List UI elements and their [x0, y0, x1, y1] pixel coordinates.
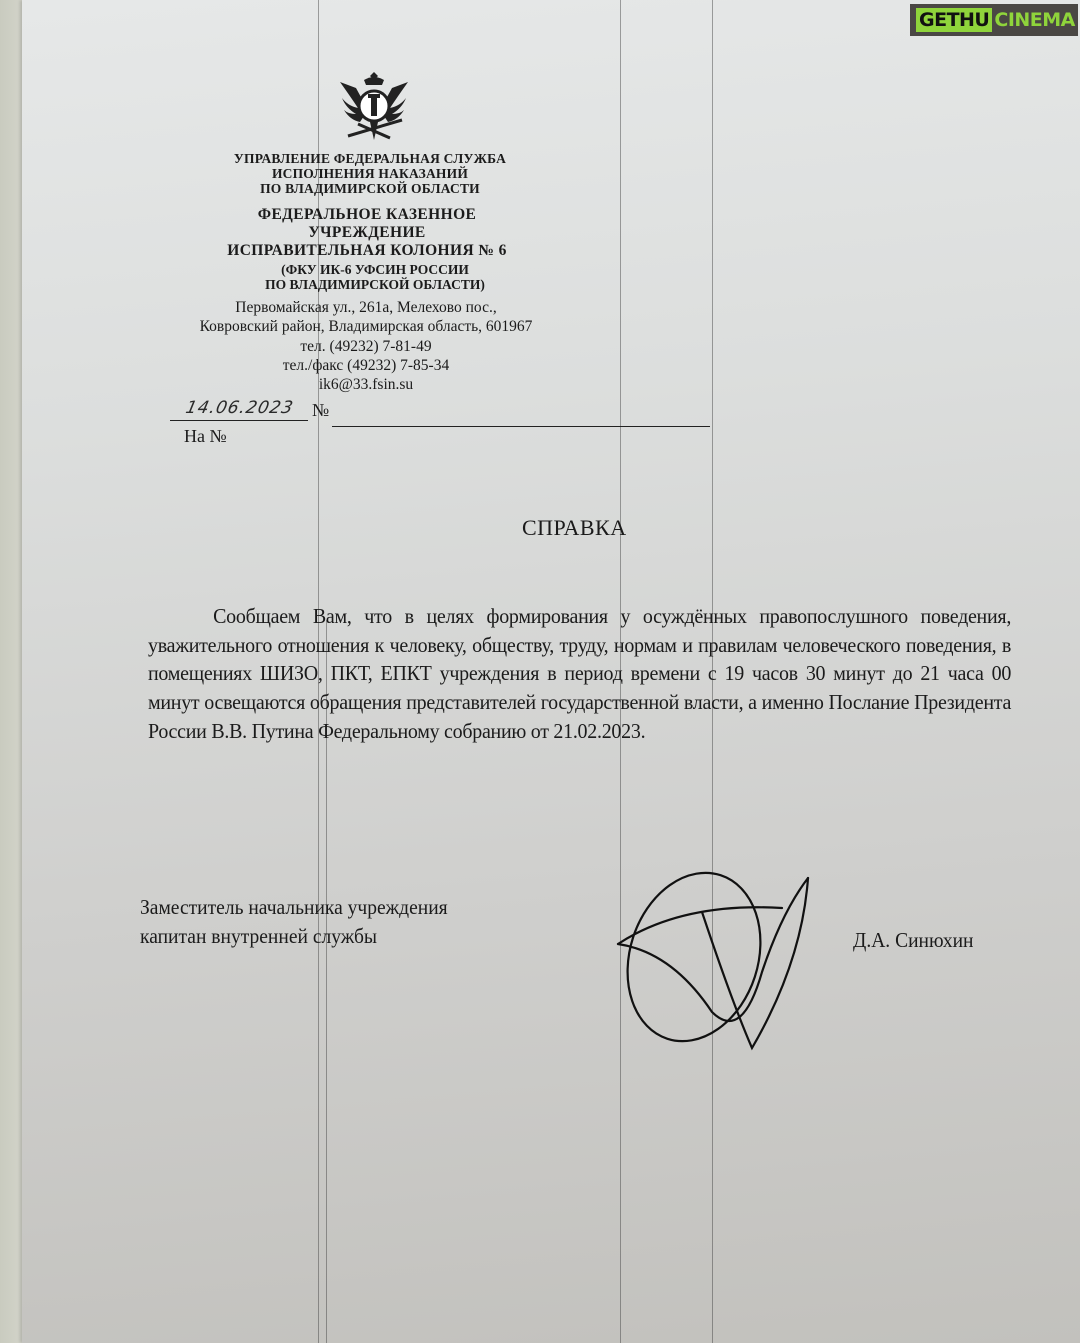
number-sign: № — [312, 400, 329, 421]
reply-to-reference: На № — [184, 426, 227, 447]
signer-name: Д.А. Синюхин — [853, 928, 974, 953]
document-title: СПРАВКА — [522, 515, 627, 541]
gethucinema-watermark: GETHU CINEMA — [910, 4, 1078, 36]
institution-email: ik6@33.fsin.su — [176, 375, 556, 394]
institution-name: ФЕДЕРАЛЬНОЕ КАЗЕННОЕ УЧРЕЖДЕНИЕ ИСПРАВИТ… — [214, 206, 520, 260]
handwritten-date: 14.06.2023 — [184, 398, 296, 418]
institution-abbreviation: (ФКУ ИК-6 УФСИН РОССИИ ПО ВЛАДИМИРСКОЙ О… — [230, 262, 520, 292]
handwritten-signature-icon — [612, 862, 822, 1052]
number-underline — [332, 426, 710, 427]
institution-address: Первомайская ул., 261а, Мелехово пос., К… — [176, 298, 556, 394]
signer-position: Заместитель начальника учреждения капита… — [140, 893, 448, 951]
document-body: Сообщаем Вам, что в целях формирования у… — [148, 602, 1011, 746]
agency-name: УПРАВЛЕНИЕ ФЕДЕРАЛЬНАЯ СЛУЖБА ИСПОЛНЕНИЯ… — [230, 151, 510, 196]
fsin-emblem-icon — [334, 66, 414, 148]
date-underline — [170, 420, 308, 421]
